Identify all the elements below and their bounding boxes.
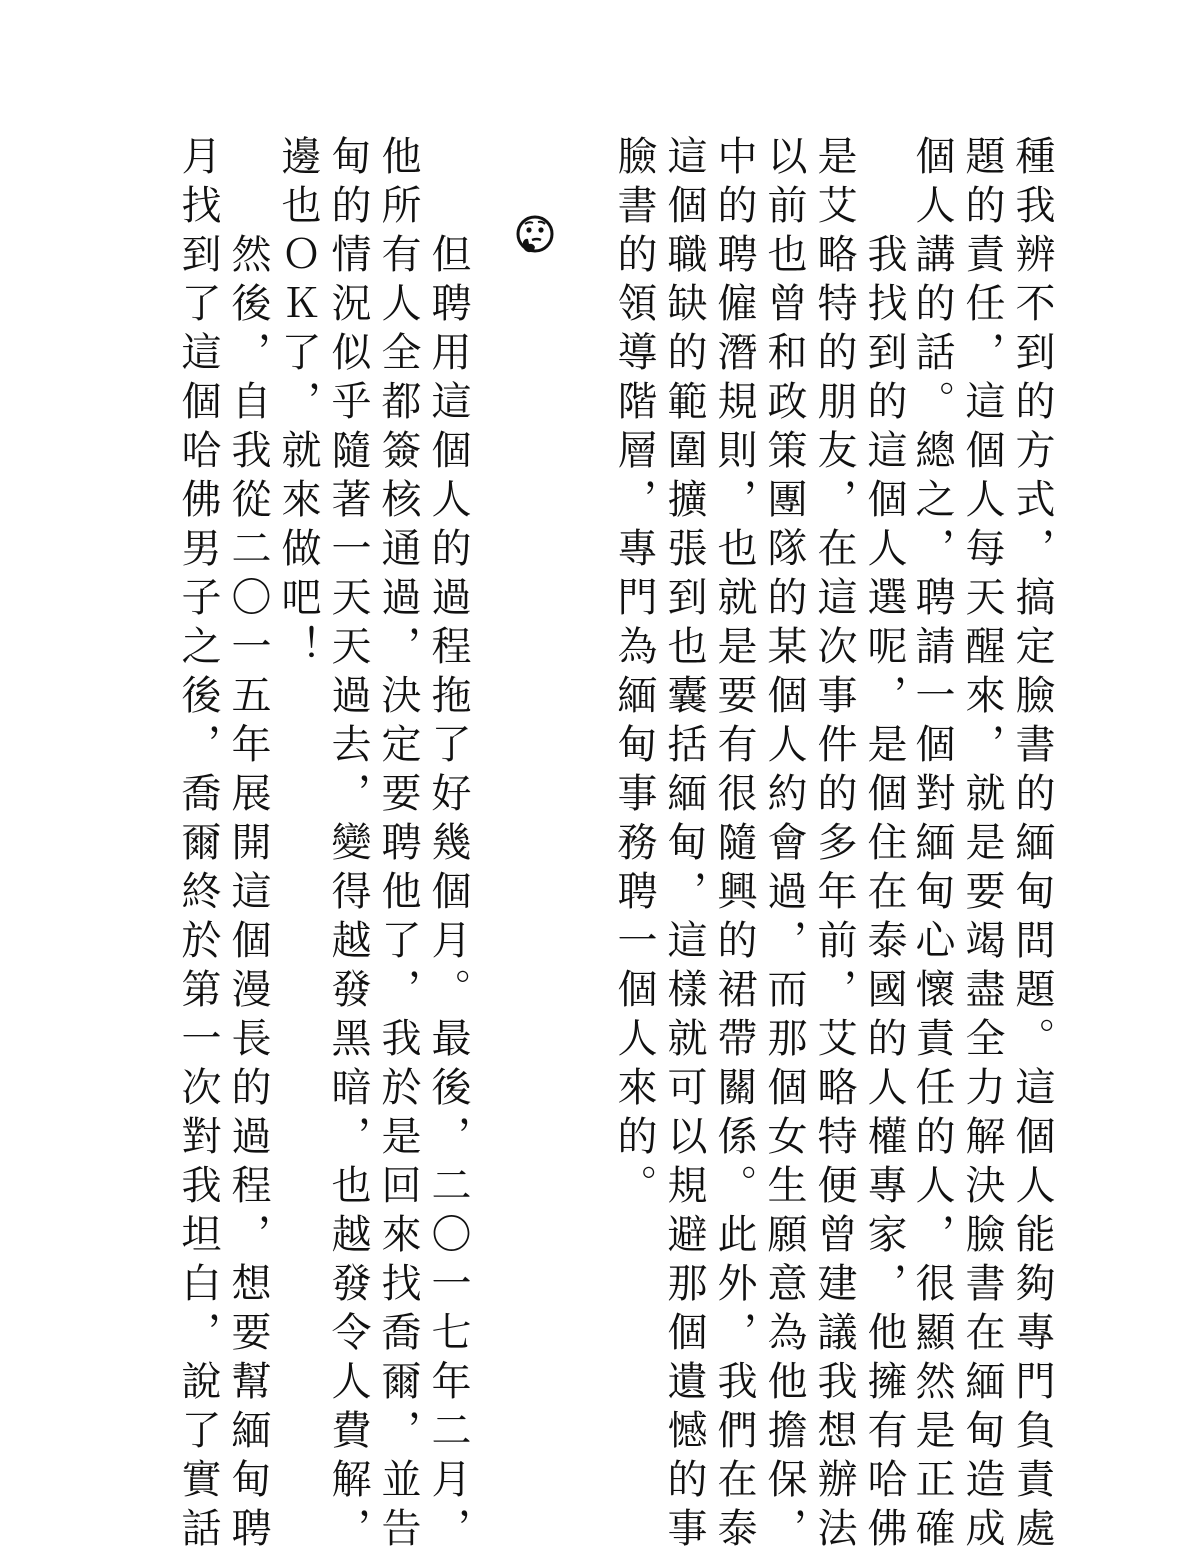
text-column: 是艾略特的朋友，在這次事件的多年前，艾略特便曾建議我想辦法在臉書裡頭幫那人找個工… [809,135,859,1425]
text-column: 他所有人全都簽核通過，決定要聘他了，我於是回來找喬爾，並告訴他是時候讓這件事成真… [373,135,423,1425]
text-column: 以前也曾和政策團隊的某個人約會過，而那個女生願意為他擔保，這就滿足了臉書大多數高… [759,135,809,1425]
text-column: 然後，自我從二〇一五年展開這個漫長的過程，想要幫緬甸聘個人來，還有在二〇一六年五 [223,135,273,1425]
text-column: 個人講的話。總之，聘請一個對緬甸心懷責任的人，很顯然是正確之舉。 [907,135,957,1425]
text-column: 月找到了這個哈佛男子之後，喬爾終於第一次對我坦白，說了實話。 [173,135,223,1425]
text-column: 邊也ＯＫ了，就來做吧！ [273,135,323,1425]
text-column: 我找到的這個人選呢，是個住在泰國的人權專家，他擁有哈佛的碩士學位，還有，賓果！他… [859,135,909,1425]
text-column: 但聘用這個人的過程拖了好幾個月。最後，二〇一七年二月，來到了我和喬爾固定的周會，… [423,135,473,1425]
text-column: 中的聘僱潛規則，也就是要有很隨興的裙帶關係。此外，我們在泰國也有開缺，而我可以想… [709,135,759,1425]
text-column: 這個職缺的範圍擴張到也囊括緬甸，這樣就可以規避那個遺憾的事實，即我根本就不可能成… [659,135,709,1425]
thinking-face-icon [512,212,558,258]
text-column: 臉書的領導階層，專門為緬甸事務聘一個人來的。 [609,135,659,1425]
book-page: 種我辨不到的方式，搞定臉書的緬甸問題。這個人能夠專門負責處理緬甸，不用擔負其他數… [0,0,1200,1553]
text-column: 題的責任，這個人每天醒來，就是要竭盡全力解決臉書在緬甸造成的問題，而且領導階層也… [957,135,1007,1425]
text-column: 種我辨不到的方式，搞定臉書的緬甸問題。這個人能夠專門負責處理緬甸，不用擔負其他數… [1007,135,1057,1425]
text-column: 甸的情況似乎隨著一天天過去，變得越發黑暗，也越發令人費解，我們這邊ＯＫ了，要聘的… [323,135,373,1425]
